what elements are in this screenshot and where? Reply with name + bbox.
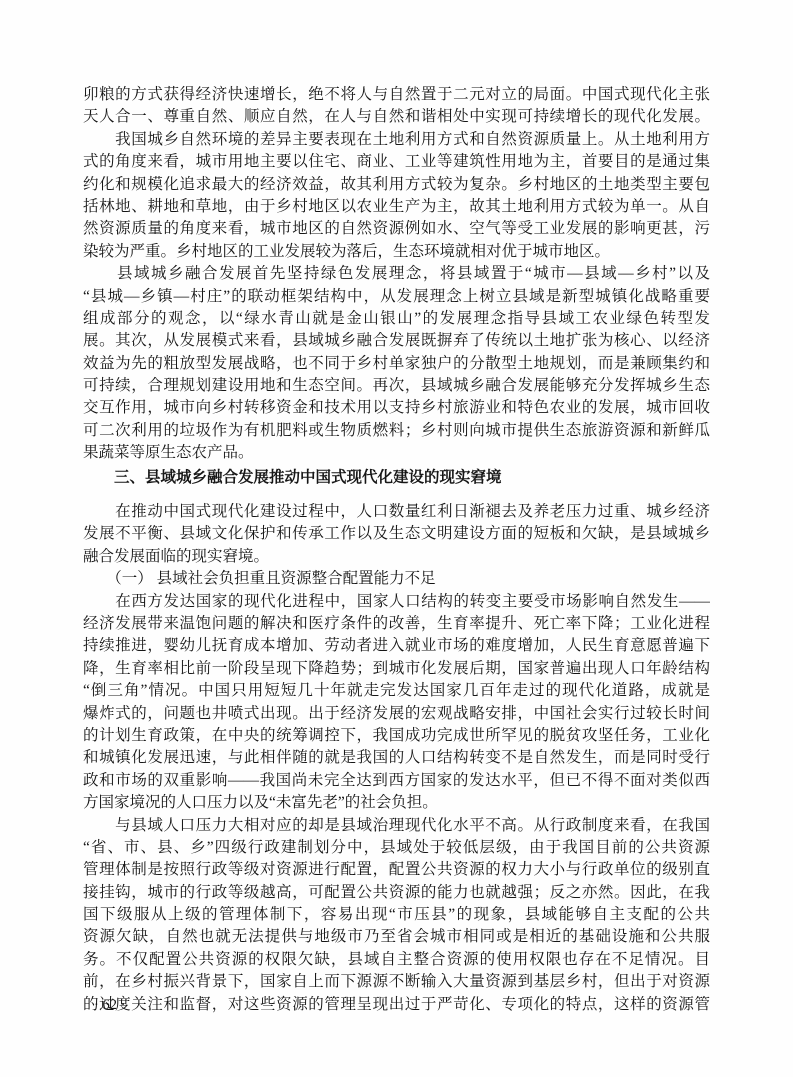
text-line: 果蔬菜等原生态农产品。 <box>83 442 710 464</box>
page-number: · 62 · <box>94 997 125 1014</box>
text-line: 约化和规模化追求最大的经济效益，故其利用方式较为复杂。乡村地区的土地类型主要包 <box>83 174 710 196</box>
text-line: 在西方发达国家的现代化进程中，国家人口结构的转变主要受市场影响自然发生—— <box>83 591 710 613</box>
text-line: 的过度关注和监督，对这些资源的管理呈现出过于严苛化、专项化的特点，这样的资源管 <box>83 994 710 1016</box>
text-line: 和城镇化发展迅速，与此相伴随的就是我国的人口结构转变不是自然发生，而是同时受行 <box>83 747 710 769</box>
text-line: 展。其次，从发展模式来看，县域城乡融合发展既摒弃了传统以土地扩张为核心、以经济 <box>83 330 710 352</box>
text-line: 资源欠缺，自然也就无法提供与地级市乃至省会城市相同或是相近的基础设施和公共服 <box>83 926 710 948</box>
text-line: 然资源质量的角度来看，城市地区的自然资源例如水、空气等受工业发展的影响更甚，污 <box>83 218 710 240</box>
text-line: 我国城乡自然环境的差异主要表现在土地利用方式和自然资源质量上。从土地利用方 <box>83 129 710 151</box>
text-line: 染较为严重。乡村地区的工业发展较为落后，生态环境就相对优于城市地区。 <box>83 241 710 263</box>
text-line: 交互作用，城市向乡村转移资金和技术用以支持乡村旅游业和特色农业的发展，城市回收 <box>83 397 710 419</box>
document-page: 卯粮的方式获得经济快速增长，绝不将人与自然置于二元对立的局面。中国式现代化主张天… <box>0 0 793 1077</box>
text-line: 可二次利用的垃圾作为有机肥料或生物质燃料；乡村则向城市提供生态旅游资源和新鲜瓜 <box>83 420 710 442</box>
text-line: “县城—乡镇—村庄”的联动框架结构中，从发展理念上树立县域是新型城镇化战略重要 <box>83 286 710 308</box>
text-line: 卯粮的方式获得经济快速增长，绝不将人与自然置于二元对立的局面。中国式现代化主张 <box>83 84 710 106</box>
text-line: 可持续，合理规划建设用地和生态空间。再次，县域城乡融合发展能够充分发挥城乡生态 <box>83 375 710 397</box>
text-line: “倒三角”情况。中国只用短短几十年就走完发达国家几百年走过的现代化道路，成就是 <box>83 680 710 702</box>
text-line: 务。不仅配置公共资源的权限欠缺，县域自主整合资源的使用权限也存在不足情况。目 <box>83 949 710 971</box>
text-line: 方国家境况的人口压力以及“未富先老”的社会负担。 <box>83 792 710 814</box>
text-line: 经济发展带来温饱问题的解决和医疗条件的改善，生育率提升、死亡率下降；工业化进程 <box>83 613 710 635</box>
text-line: 括林地、耕地和草地，由于乡村地区以农业生产为主，故其土地利用方式较为单一。从自 <box>83 196 710 218</box>
section-heading: 三、县域城乡融合发展推动中国式现代化建设的现实窘境 <box>83 467 710 489</box>
text-line: 的计划生育政策，在中央的统筹调控下，我国成功完成世所罕见的脱贫攻坚任务，工业化 <box>83 725 710 747</box>
text-line: 降，生育率相比前一阶段呈现下降趋势；到城市化发展后期，国家普遍出现人口年龄结构 <box>83 658 710 680</box>
text-line: 政和市场的双重影响——我国尚未完全达到西方国家的发达水平，但已不得不面对类似西 <box>83 770 710 792</box>
text-line: 县域城乡融合发展首先坚持绿色发展理念，将县域置于“城市—县域—乡村”以及 <box>83 263 710 285</box>
text-line: 爆炸式的，问题也井喷式出现。出于经济发展的宏观战略安排，中国社会实行过较长时间 <box>83 703 710 725</box>
text-line: 管理体制是按照行政等级对资源进行配置，配置公共资源的权力大小与行政单位的级别直 <box>83 859 710 881</box>
text-line: 在推动中国式现代化建设过程中，人口数量红利日渐褪去及养老压力过重、城乡经济 <box>83 501 710 523</box>
text-line: 组成部分的观念，以“绿水青山就是金山银山”的发展理念指导县域工农业绿色转型发 <box>83 308 710 330</box>
text-line: 发展不平衡、县域文化保护和传承工作以及生态文明建设方面的短板和欠缺，是县域城乡 <box>83 523 710 545</box>
text-line: 效益为先的粗放型发展战略，也不同于乡村单家独户的分散型土地规划，而是兼顾集约和 <box>83 353 710 375</box>
text-line: “省、市、县、乡”四级行政建制划分中，县域处于较低层级，由于我国目前的公共资源 <box>83 837 710 859</box>
text-line: 国下级服从上级的管理体制下，容易出现“市压县”的现象，县域能够自主支配的公共 <box>83 904 710 926</box>
text-block: 卯粮的方式获得经济快速增长，绝不将人与自然置于二元对立的局面。中国式现代化主张天… <box>83 84 710 1016</box>
text-line: 持续推进，婴幼儿抚育成本增加、劳动者进入就业市场的难度增加，人民生育意愿普遍下 <box>83 635 710 657</box>
text-line: 融合发展面临的现实窘境。 <box>83 546 710 568</box>
text-line: 与县域人口压力大相对应的却是县域治理现代化水平不高。从行政制度来看，在我国 <box>83 815 710 837</box>
text-line: 接挂钩，城市的行政等级越高，可配置公共资源的能力也就越强；反之亦然。因此，在我 <box>83 882 710 904</box>
text-line: 天人合一、尊重自然、顺应自然，在人与自然和谐相处中实现可持续增长的现代化发展。 <box>83 106 710 128</box>
subsection-heading: （一） 县域社会负担重且资源整合配置能力不足 <box>83 568 710 590</box>
text-line: 前，在乡村振兴背景下，国家自上而下源源不断输入大量资源到基层乡村，但出于对资源 <box>83 971 710 993</box>
text-line: 式的角度来看，城市用地主要以住宅、商业、工业等建筑性用地为主，首要目的是通过集 <box>83 151 710 173</box>
